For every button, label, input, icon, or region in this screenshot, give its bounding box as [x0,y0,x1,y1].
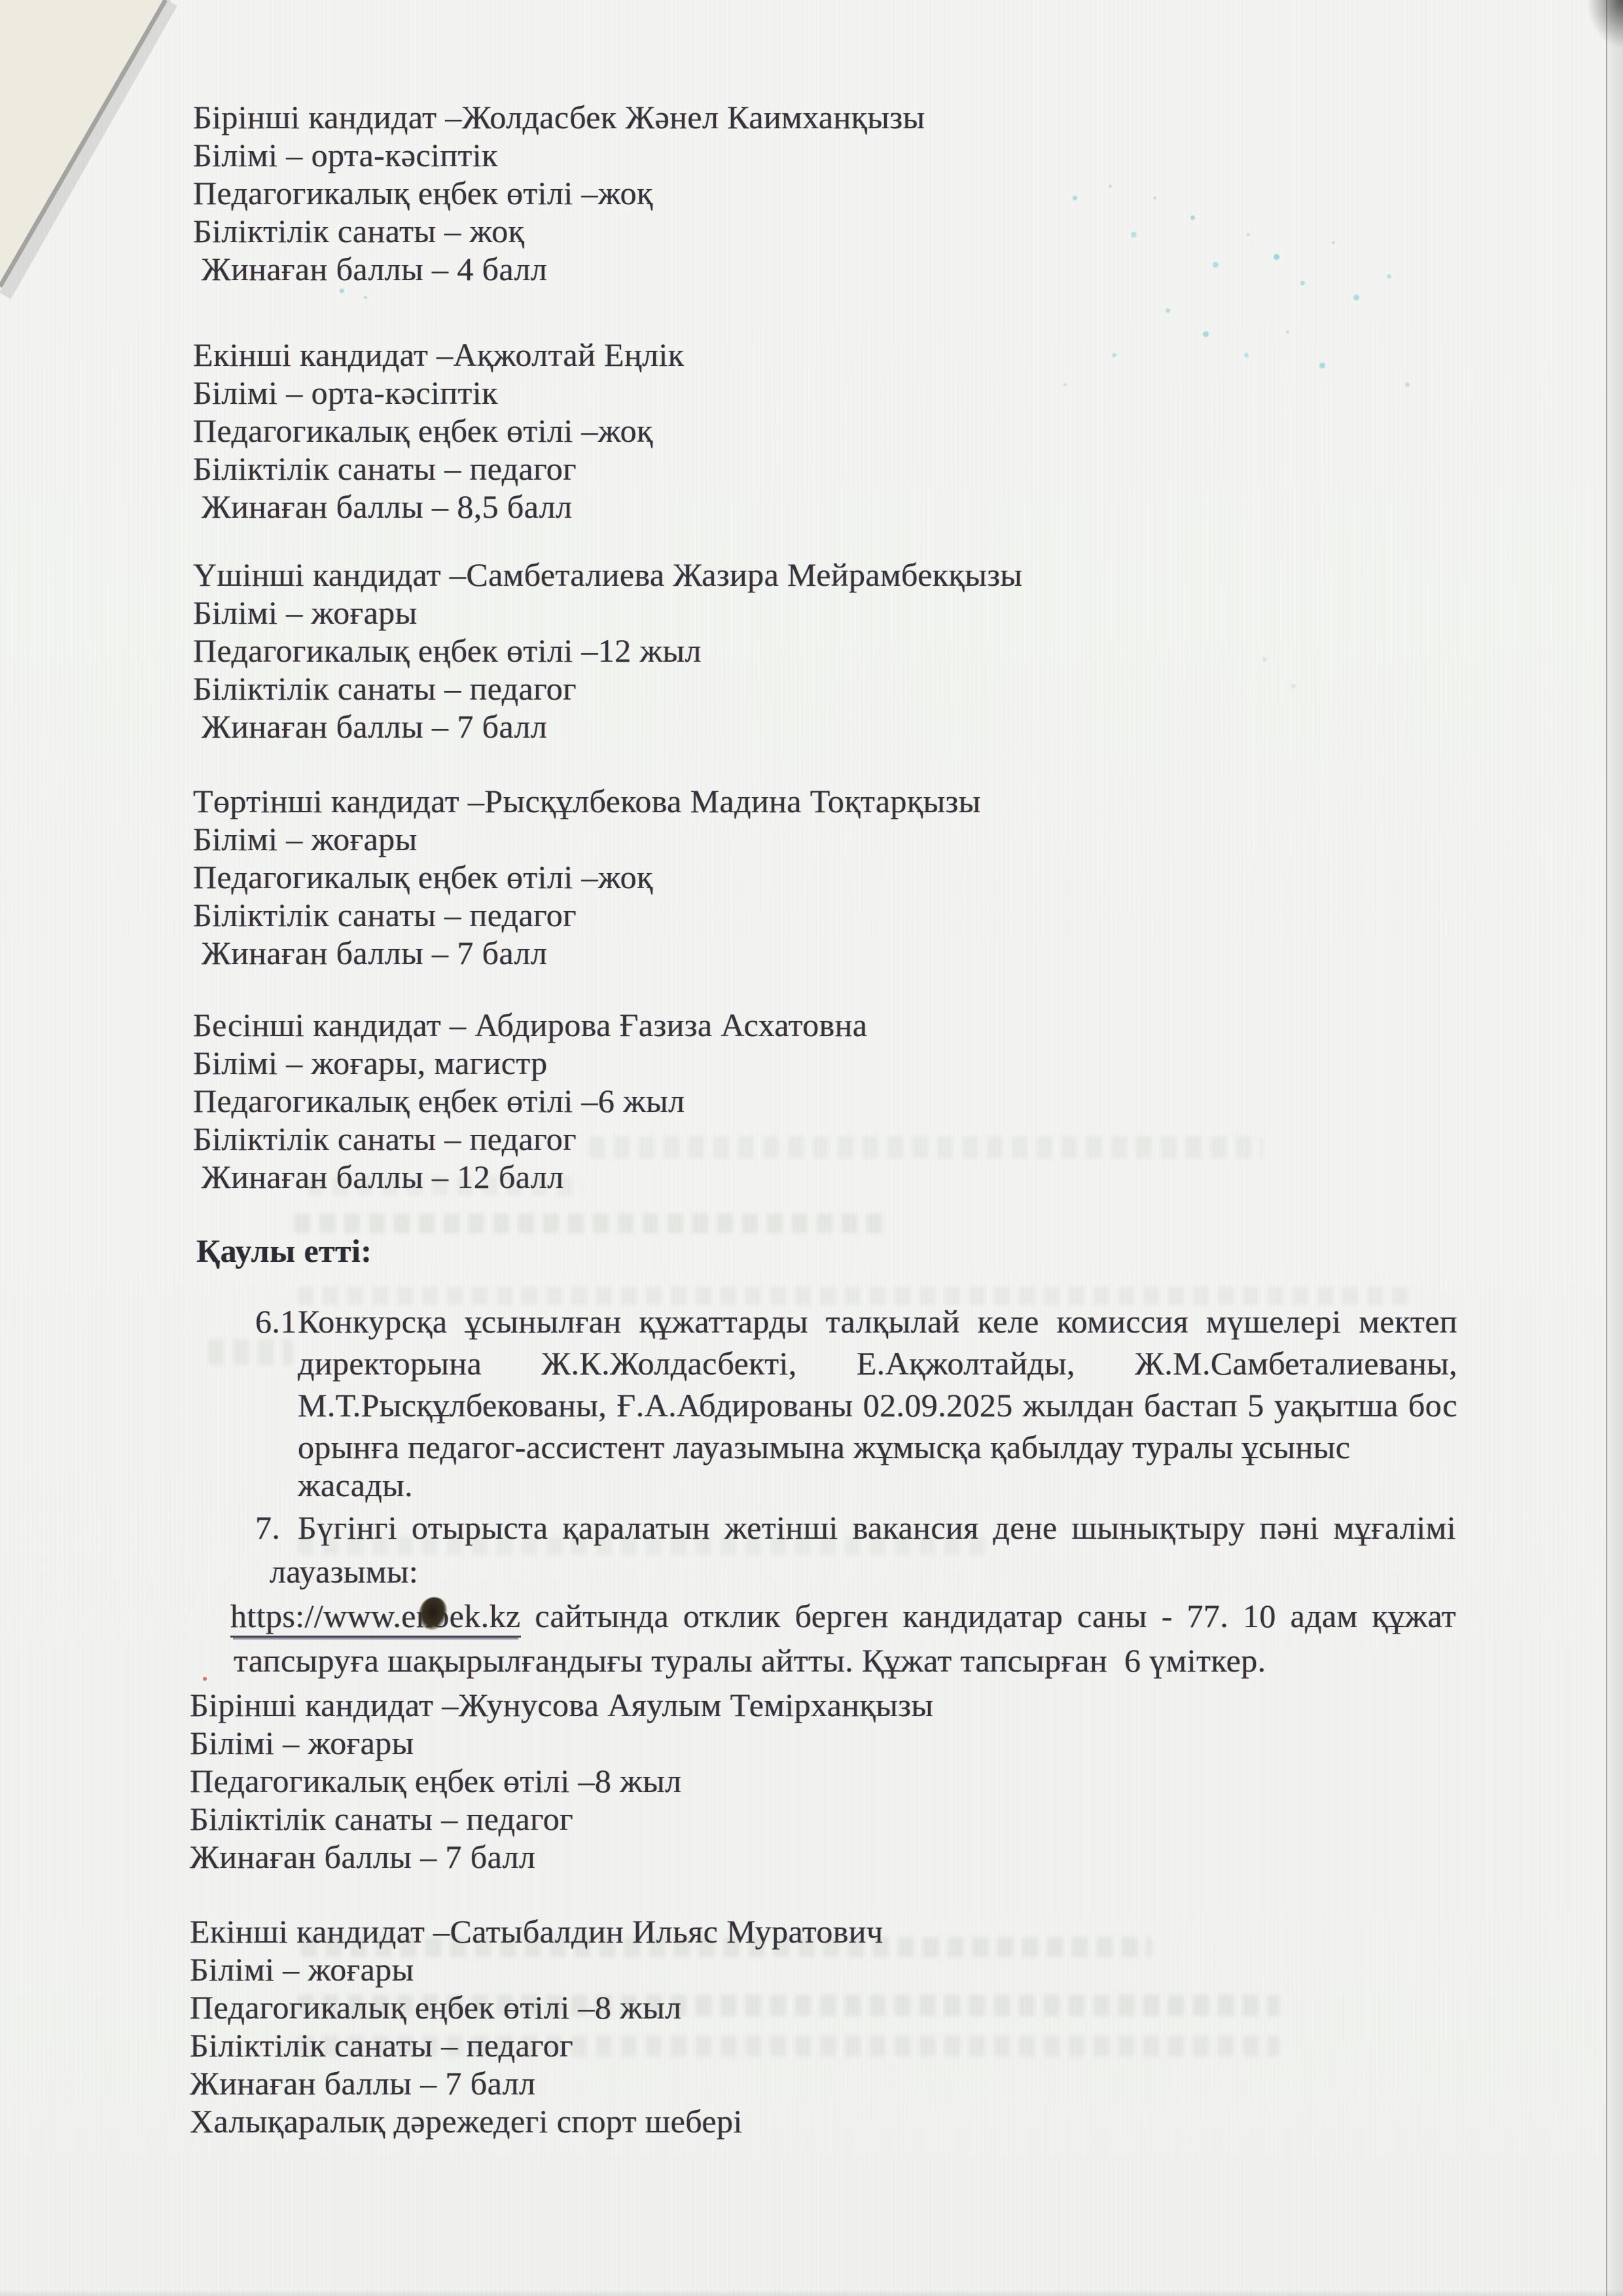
education-line: Білімі – жоғары [193,820,981,858]
category-line: Біліктілік санаты – педагог [193,670,1022,708]
candidate-block-3: Үшінші кандидат –Самбеталиева Жазира Мей… [193,556,1022,745]
candidate-name-line: Бірінші кандидат –Жунусова Аяулым Темірх… [190,1686,933,1724]
category-line: Біліктілік санаты – жоқ [193,212,925,250]
clause-6-1-line: М.Т.Рысқұлбекованы, Ғ.А.Абдированы 02.09… [298,1386,1457,1428]
score-line: Жинаған баллы – 12 балл [193,1158,867,1196]
education-line: Білімі – орта-кәсіптік [193,136,925,174]
candidate-block-5: Бесінші кандидат – Абдирова Ғазиза Асхат… [193,1006,867,1196]
education-line: Білімі – жоғары [190,1950,883,1988]
candidate-block-2: Екінші кандидат –Ақжолтай Еңлік Білімі –… [193,336,685,526]
education-line: Білімі – жоғары [193,594,1022,632]
score-line: Жинаған баллы – 7 балл [190,2064,883,2102]
education-line: Білімі – жоғары, магистр [193,1044,867,1082]
category-line: Біліктілік санаты – педагог [193,450,685,488]
experience-line: Педагогикалық еңбек өтілі –6 жыл [193,1082,867,1120]
education-line: Білімі – жоғары [190,1724,933,1762]
clause-7-number: 7. [255,1509,280,1547]
candidate-block-1: Бірінші кандидат –Жолдасбек Жәнел Каимха… [193,98,925,288]
score-line: Жинаған баллы – 7 балл [193,934,981,972]
category-line: Біліктілік санаты – педагог [193,896,981,934]
score-line: Жинаған баллы – 4 балл [193,250,925,288]
score-line: Жинаған баллы – 7 балл [193,708,1022,745]
page-right-edge [1606,0,1623,2296]
clause-7-line-1: Бүгінгі отырыста қаралатын жетінші вакан… [298,1509,1456,1547]
experience-line: Педагогикалық еңбек өтілі –жоқ [193,412,685,450]
score-line: Жинаған баллы – 8,5 балл [193,488,685,526]
bleed-through-text [208,1339,293,1365]
candidate-name-line: Екінші кандидат –Ақжолтай Еңлік [193,336,685,374]
bleed-through-text [294,1213,883,1233]
clause-7-line-3: https://www.enbek.kz сайтында отклик бер… [230,1597,1456,1635]
page-bottom-edge [0,2289,1623,2296]
candidate-block-7: Екінші кандидат –Сатыбалдин Ильяс Мурато… [190,1912,883,2140]
category-line: Біліктілік санаты – педагог [190,2026,883,2064]
sport-title-line: Халықаралық дәрежедегі спорт шебері [190,2102,883,2140]
category-line: Біліктілік санаты – педагог [193,1120,867,1158]
experience-line: Педагогикалық еңбек өтілі –жоқ [193,174,925,212]
clause-6-1-line: орынға педагог-ассистент лауазымына жұмы… [298,1428,1457,1470]
corner-shadow [1586,0,1623,48]
fold-underlay [0,0,169,291]
experience-line: Педагогикалық еңбек өтілі –жоқ [193,858,981,896]
candidate-block-6: Бірінші кандидат –Жунусова Аяулым Темірх… [190,1686,933,1876]
clause-6-1-number: 6.1 [255,1302,297,1340]
candidate-name-line: Төртінші кандидат –Рысқұлбекова Мадина Т… [193,782,981,820]
score-line: Жинаған баллы – 7 балл [190,1838,933,1876]
clause-6-1-line: Конкурсқа ұсынылған құжаттарды талқылай … [298,1302,1457,1344]
candidate-name-line: Бесінші кандидат – Абдирова Ғазиза Асхат… [193,1006,867,1044]
stamp-ink-speckles [0,0,3,3]
decree-heading: Қаулы етті: [196,1232,372,1270]
experience-line: Педагогикалық еңбек өтілі –8 жыл [190,1988,883,2026]
candidate-block-4: Төртінші кандидат –Рысқұлбекова Мадина Т… [193,782,981,972]
clause-6-1-line: директорына Ж.К.Жолдасбекті, Е.Ақжолтайд… [298,1344,1457,1386]
candidate-name-line: Бірінші кандидат –Жолдасбек Жәнел Каимха… [193,98,925,136]
candidate-name-line: Үшінші кандидат –Самбеталиева Жазира Мей… [193,556,1022,594]
clause-7-line-4: тапсыруға шақырылғандығы туралы айтты. Қ… [234,1641,1266,1679]
candidate-name-line: Екінші кандидат –Сатыбалдин Ильяс Мурато… [190,1912,883,1950]
experience-line: Педагогикалық еңбек өтілі –8 жыл [190,1762,933,1800]
category-line: Біліктілік санаты – педагог [190,1800,933,1838]
folded-corner [0,0,209,314]
enbek-url-link[interactable]: https://www.enbek.kz [230,1598,521,1638]
red-ink-speck [203,1677,207,1681]
clause-6-1-paragraph: Конкурсқа ұсынылған құжаттарды талқылай … [298,1302,1457,1470]
clause-7-line-3-text: сайтында отклик берген кандидатар саны -… [535,1598,1456,1634]
clause-7-line-2: лауазымы: [270,1552,418,1590]
document-page: Бірінші кандидат –Жолдасбек Жәнел Каимха… [0,0,1623,2296]
education-line: Білімі – орта-кәсіптік [193,374,685,412]
experience-line: Педагогикалық еңбек өтілі –12 жыл [193,632,1022,670]
